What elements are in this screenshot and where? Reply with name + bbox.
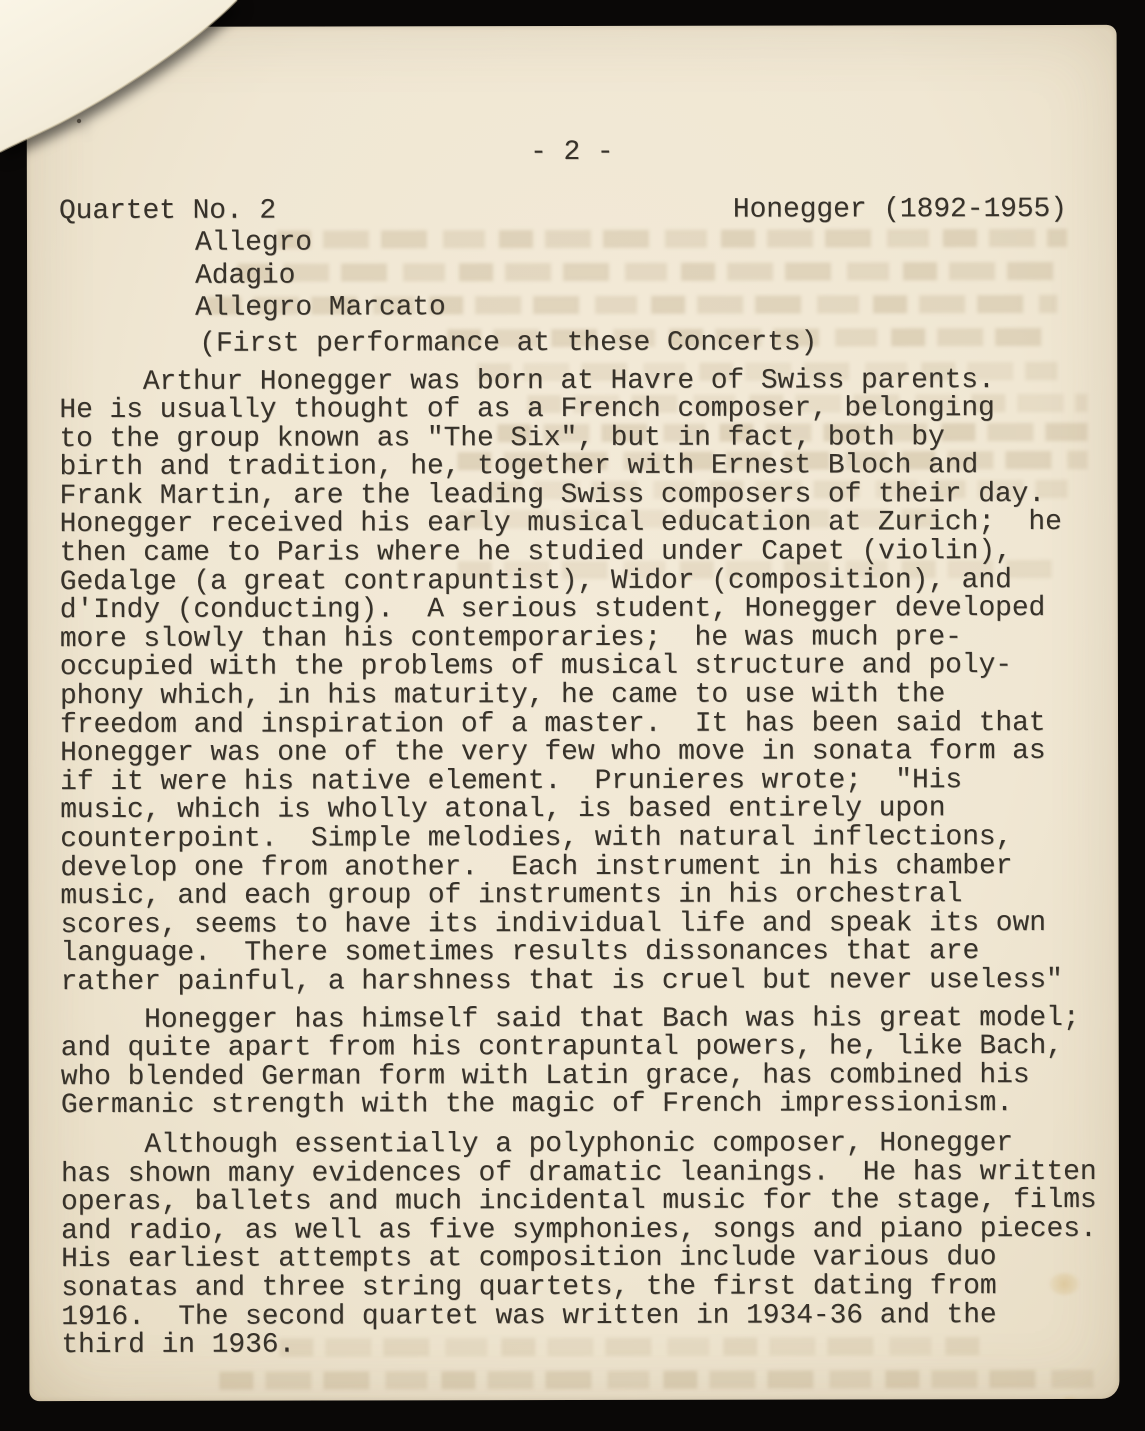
paragraph: Honegger has himself said that Bach was … <box>61 1004 1119 1121</box>
paper-stain <box>1059 1397 1079 1401</box>
paper-speck <box>77 119 81 123</box>
work-header: Quartet No. 2 Honegger (1892-1955) <box>59 193 1067 228</box>
paragraph: Although essentially a polyphonic compos… <box>61 1130 1119 1361</box>
premiere-note: (First performance at these Concerts) <box>199 325 1117 360</box>
folded-page-corner <box>0 0 260 170</box>
movement-list: Allegro Adagio Allegro Marcato <box>195 226 1117 325</box>
scan-background: - 2 - Quartet No. 2 Honegger (1892-1955)… <box>0 0 1145 1431</box>
work-title: Quartet No. 2 <box>59 195 276 228</box>
composer-dates: Honegger (1892-1955) <box>733 193 1067 227</box>
bleed-through-line <box>219 1370 1099 1390</box>
movement-item: Adagio <box>195 258 1117 292</box>
movement-item: Allegro <box>195 226 1117 260</box>
paragraph: Arthur Honegger was born at Havre of Swi… <box>59 366 1118 997</box>
movement-item: Allegro Marcato <box>195 291 1117 325</box>
program-page: - 2 - Quartet No. 2 Honegger (1892-1955)… <box>27 25 1120 1401</box>
